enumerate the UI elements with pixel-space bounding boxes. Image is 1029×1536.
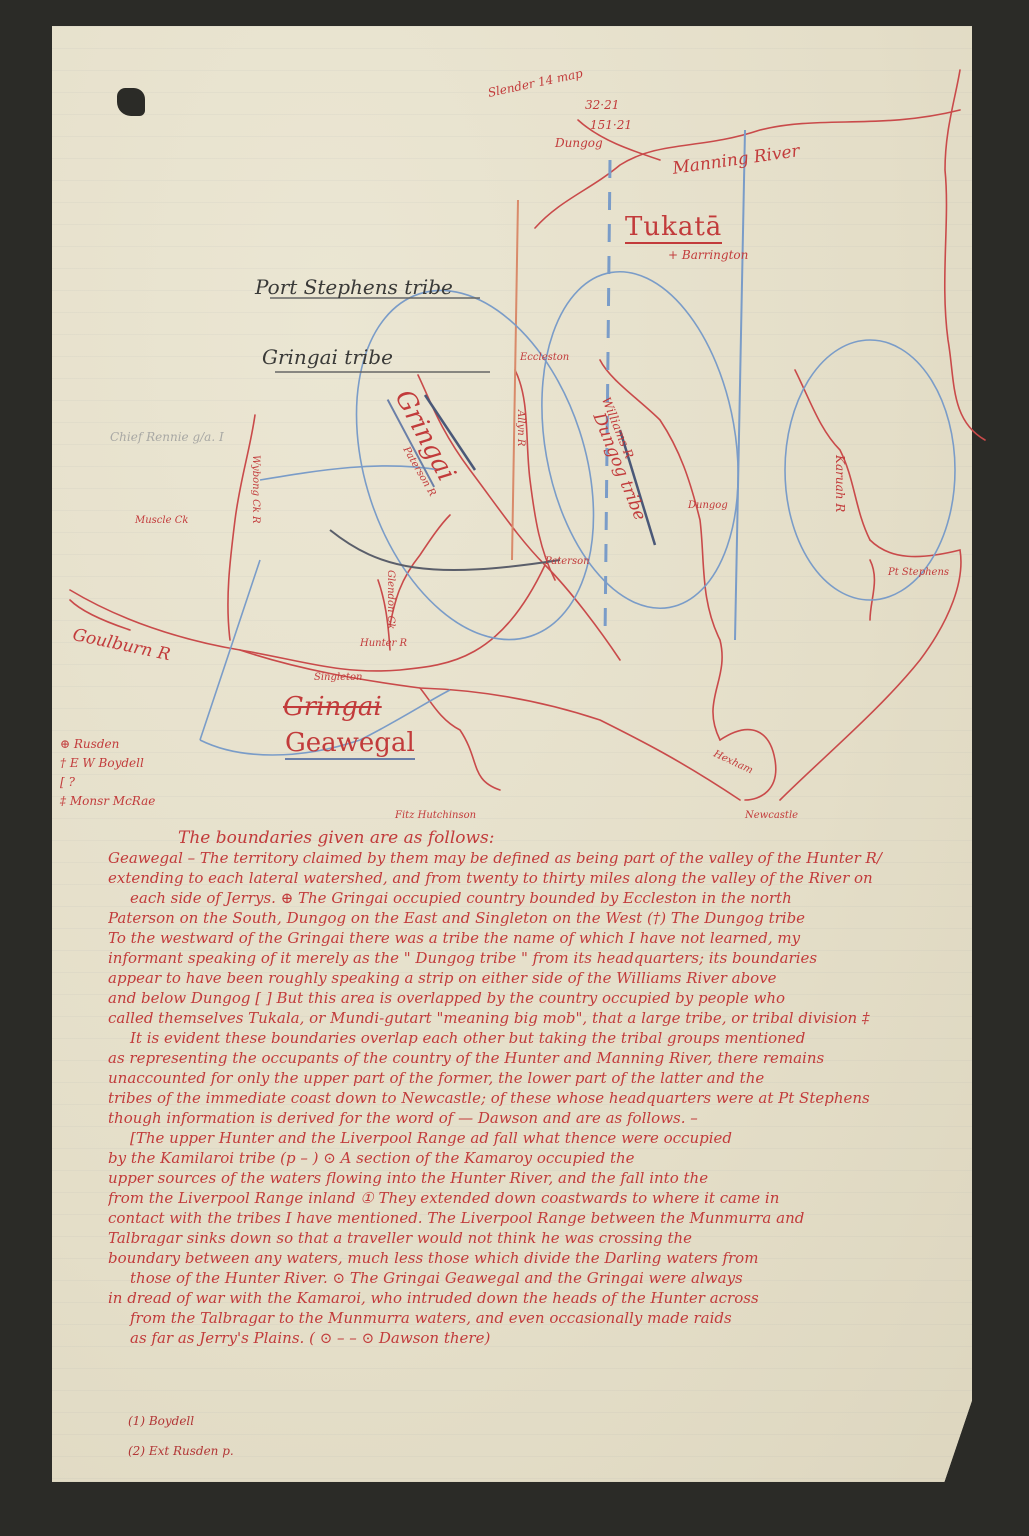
place-dungog-top: Dungog	[555, 136, 603, 150]
manuscript-notes: The boundaries given are as follows: Gea…	[108, 828, 968, 1348]
place-wybong-creek: Wybong Ck R	[250, 455, 261, 524]
notes-line: called themselves Tukala, or Mundi-gutar…	[108, 1008, 968, 1028]
footnote-item: (2) Ext Rusden p.	[128, 1436, 234, 1466]
header-note-line2: 32·21	[585, 98, 619, 112]
tribe-label-gringai-struck: Gringai	[283, 692, 382, 722]
notes-line: each side of Jerrys. ⊕ The Gringai occup…	[108, 888, 968, 908]
place-dungog: Dungog	[688, 500, 728, 511]
wybong-creek-line	[228, 415, 255, 640]
notes-line: Paterson on the South, Dungog on the Eas…	[108, 908, 968, 928]
tribe-label-tukata: Tukatā	[625, 212, 722, 244]
notes-line: though information is derived for the wo…	[108, 1108, 968, 1128]
notes-line: contact with the tribes I have mentioned…	[108, 1208, 968, 1228]
notes-line: boundary between any waters, much less t…	[108, 1248, 968, 1268]
map-legend: ⊕ Rusden † E W Boydell [ ? ‡ Monsr McRae	[60, 735, 155, 811]
insert-note: Fitz Hutchinson	[395, 810, 476, 821]
notes-line: by the Kamilaroi tribe (p – ) ⊙ A sectio…	[108, 1148, 968, 1168]
notes-line: appear to have been roughly speaking a s…	[108, 968, 968, 988]
place-allyn-river: Allyn R	[515, 410, 526, 446]
place-singleton: Singleton	[314, 672, 363, 683]
notes-line: as representing the occupants of the cou…	[108, 1048, 968, 1068]
coastline-north	[945, 70, 985, 440]
place-port-stephens: Pt Stephens	[888, 567, 949, 578]
legend-item: ⊕ Rusden	[60, 735, 155, 754]
notes-line: those of the Hunter River. ⊙ The Gringai…	[108, 1268, 968, 1288]
gringai-boundary-ellipse	[315, 260, 635, 670]
legend-item: [ ?	[60, 773, 155, 792]
dungog-boundary-ellipse	[517, 256, 763, 624]
footnotes: (1) Boydell (2) Ext Rusden p.	[128, 1406, 234, 1466]
header-note-line3: 151·21	[590, 118, 632, 132]
place-karuah-river: Karuah R	[833, 455, 847, 512]
notes-line: unaccounted for only the upper part of t…	[108, 1068, 968, 1088]
coastline-south	[780, 540, 961, 800]
notes-line: Geawegal – The territory claimed by them…	[108, 848, 968, 868]
notes-line: extending to each lateral watershed, and…	[108, 868, 968, 888]
notes-line: It is evident these boundaries overlap e…	[108, 1028, 968, 1048]
legend-item: ‡ Monsr McRae	[60, 792, 155, 811]
notes-line: from the Liverpool Range inland ① They e…	[108, 1188, 968, 1208]
notes-title: The boundaries given are as follows:	[108, 828, 968, 848]
notes-line: Talbragar sinks down so that a traveller…	[108, 1228, 968, 1248]
place-newcastle: Newcastle	[745, 810, 798, 821]
notes-line: as far as Jerry's Plains. ( ⊙ – – ⊙ Daws…	[108, 1328, 968, 1348]
place-hunter-river: Hunter R	[360, 638, 407, 649]
notes-line: and below Dungog [ ] But this area is ov…	[108, 988, 968, 1008]
place-paterson: Paterson	[545, 556, 590, 567]
gringai-tribe-title: Gringai tribe	[262, 345, 393, 369]
place-glendon-creek: Glendon Ck	[385, 570, 396, 629]
port-stephens-tribe-title: Port Stephens tribe	[255, 275, 453, 299]
notes-line: informant speaking of it merely as the "…	[108, 948, 968, 968]
place-eccleston: Eccleston	[520, 352, 569, 363]
legend-item: † E W Boydell	[60, 754, 155, 773]
boundary-line-orange	[512, 200, 518, 560]
footnote-item: (1) Boydell	[128, 1406, 234, 1436]
notes-line: upper sources of the waters flowing into…	[108, 1168, 968, 1188]
notes-line: from the Talbragar to the Munmurra water…	[108, 1308, 968, 1328]
faint-pencil-note: Chief Rennie g/a. I	[110, 430, 224, 444]
notes-line: To the westward of the Gringai there was…	[108, 928, 968, 948]
place-barrington: + Barrington	[668, 248, 748, 262]
notes-line: [The upper Hunter and the Liverpool Rang…	[108, 1128, 968, 1148]
notes-line: in dread of war with the Kamaroi, who in…	[108, 1288, 968, 1308]
place-muscle-creek: Muscle Ck	[135, 515, 188, 526]
tribe-label-geawegal: Geawegal	[285, 728, 415, 760]
notes-line: tribes of the immediate coast down to Ne…	[108, 1088, 968, 1108]
